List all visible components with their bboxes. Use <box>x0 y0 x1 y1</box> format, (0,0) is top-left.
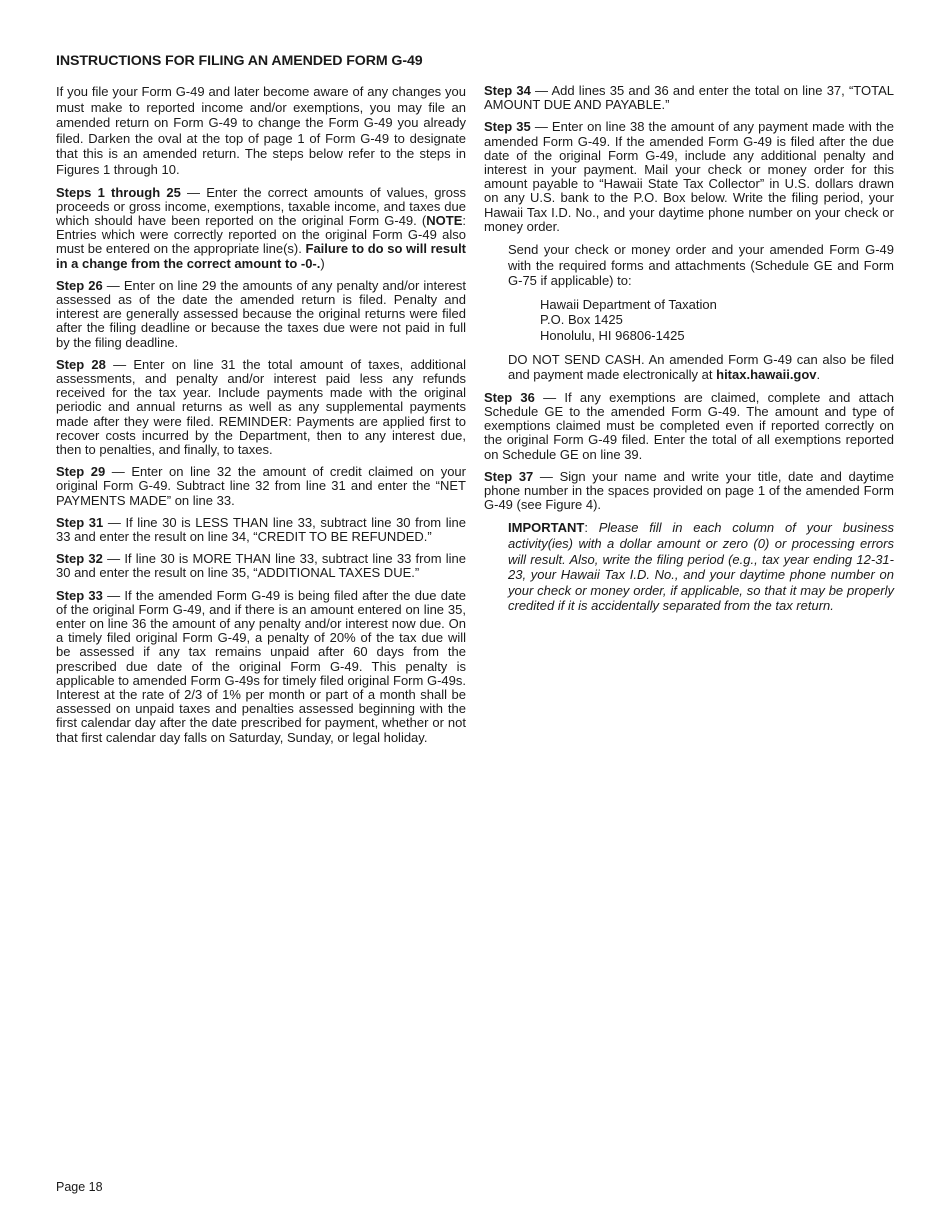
closing-paren: ) <box>320 256 324 271</box>
step-label: Step 31 <box>56 515 103 530</box>
step-text: — If line 30 is LESS THAN line 33, subtr… <box>56 515 466 544</box>
step-28-paragraph: Step 28 — Enter on line 31 the total amo… <box>56 358 466 457</box>
page-number: Page 18 <box>56 1180 103 1194</box>
step-text: — Enter on line 38 the amount of any pay… <box>484 119 894 233</box>
step-31-paragraph: Step 31 — If line 30 is LESS THAN line 3… <box>56 516 466 544</box>
step-33-paragraph: Step 33 — If the amended Form G-49 is be… <box>56 589 466 745</box>
step-label: Step 29 <box>56 464 105 479</box>
cash-notice-text: DO NOT SEND CASH. An amended Form G-49 c… <box>508 352 894 383</box>
note-label: NOTE <box>426 213 462 228</box>
step-37-paragraph: Step 37 — Sign your name and write your … <box>484 470 894 513</box>
page-title: INSTRUCTIONS FOR FILING AN AMENDED FORM … <box>56 53 423 69</box>
step-label: Step 33 <box>56 588 103 603</box>
step-text: — Enter on line 29 the amounts of any pe… <box>56 278 466 350</box>
step-label: Step 28 <box>56 357 106 372</box>
steps-1-25-paragraph: Steps 1 through 25 — Enter the correct a… <box>56 186 466 271</box>
address-line-3: Honolulu, HI 96806-1425 <box>540 328 894 344</box>
step-34-paragraph: Step 34 — Add lines 35 and 36 and enter … <box>484 84 894 112</box>
step-text: — Sign your name and write your title, d… <box>484 469 894 512</box>
address-line-1: Hawaii Department of Taxation <box>540 297 894 313</box>
step-32-paragraph: Step 32 — If line 30 is MORE THAN line 3… <box>56 552 466 580</box>
step-35-paragraph: Step 35 — Enter on line 38 the amount of… <box>484 120 894 234</box>
step-26-paragraph: Step 26 — Enter on line 29 the amounts o… <box>56 279 466 350</box>
step-text: — Enter on line 32 the amount of credit … <box>56 464 466 507</box>
intro-paragraph: If you file your Form G-49 and later bec… <box>56 84 466 178</box>
mailing-address: Hawaii Department of Taxation P.O. Box 1… <box>484 297 894 344</box>
address-line-2: P.O. Box 1425 <box>540 312 894 328</box>
step-36-paragraph: Step 36 — If any exemptions are claimed,… <box>484 391 894 462</box>
step-label: Step 32 <box>56 551 103 566</box>
step-label: Step 34 <box>484 83 531 98</box>
left-column: If you file your Form G-49 and later bec… <box>56 84 466 753</box>
important-label: IMPORTANT <box>508 520 584 535</box>
send-instructions: Send your check or money order and your … <box>484 242 894 289</box>
step-label: Step 36 <box>484 390 535 405</box>
step-29-paragraph: Step 29 — Enter on line 32 the amount of… <box>56 465 466 508</box>
step-label: Step 37 <box>484 469 533 484</box>
cash-notice: DO NOT SEND CASH. An amended Form G-49 c… <box>484 352 894 383</box>
cash-notice-end: . <box>817 367 821 382</box>
important-colon: : <box>584 520 598 535</box>
right-column: Step 34 — Add lines 35 and 36 and enter … <box>484 84 894 622</box>
step-text: — If line 30 is MORE THAN line 33, subtr… <box>56 551 466 580</box>
step-text: — Add lines 35 and 36 and enter the tota… <box>484 83 894 112</box>
step-label: Steps 1 through 25 <box>56 185 181 200</box>
step-text: — If the amended Form G-49 is being file… <box>56 588 466 745</box>
step-text: — Enter on line 31 the total amount of t… <box>56 357 466 457</box>
step-label: Step 26 <box>56 278 103 293</box>
website-link[interactable]: hitax.hawaii.gov <box>716 367 816 382</box>
important-notice: IMPORTANT: Please fill in each column of… <box>484 520 894 614</box>
step-text: — If any exemptions are claimed, complet… <box>484 390 894 462</box>
step-label: Step 35 <box>484 119 531 134</box>
